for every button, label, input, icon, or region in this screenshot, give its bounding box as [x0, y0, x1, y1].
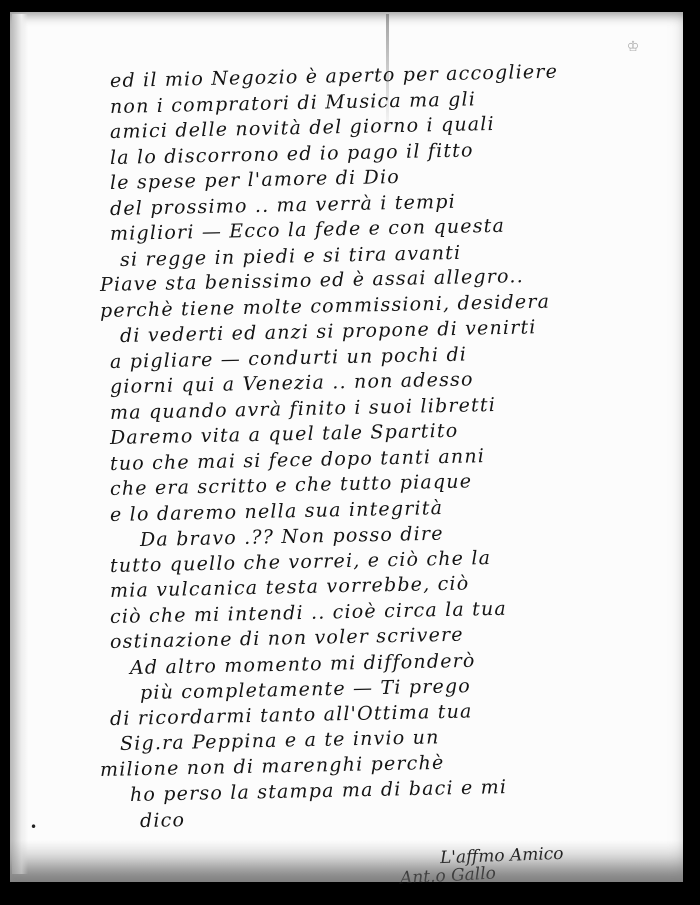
ink-speck: • [30, 820, 37, 834]
letter-line: dico [140, 809, 186, 832]
watermark-crown-icon: ♔ [625, 38, 641, 56]
paper-edge-shadow [12, 14, 28, 874]
paper-bottom-shadow [10, 840, 683, 882]
